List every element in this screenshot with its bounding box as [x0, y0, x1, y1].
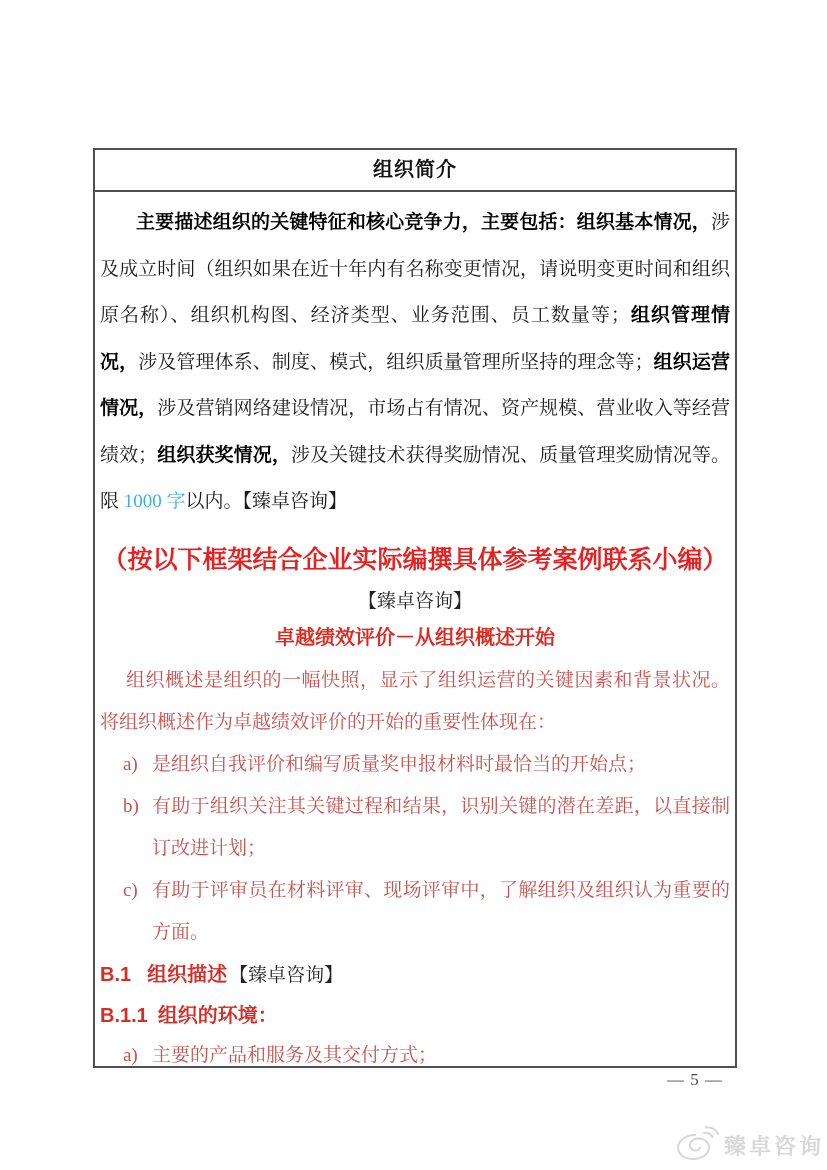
list-item: a) 是组织自我评价和编写质量奖申报材料时最恰当的开始点；	[100, 744, 730, 786]
watermark: 臻卓咨询	[674, 1123, 824, 1168]
watermark-text: 臻卓咨询	[724, 1130, 824, 1161]
brand-tag: 【臻卓咨询】	[100, 589, 730, 615]
list-item-text: 有助于评审员在材料评审、现场评审中，了解组织及组织认为重要的方面。	[152, 880, 730, 943]
list-marker: c)	[123, 870, 138, 912]
list-item: c) 有助于评审员在材料评审、现场评审中，了解组织及组织认为重要的方面。	[100, 870, 730, 954]
list-item-text: 主要的产品和服务及其交付方式；	[152, 1045, 437, 1066]
list-item-text: 是组织自我评价和编写质量奖申报材料时最恰当的开始点；	[152, 754, 646, 775]
list-marker: a)	[123, 1035, 138, 1069]
intro-segment: 涉及关键技术获得奖励情况、质量管理奖励情况等。	[291, 445, 730, 466]
intro-paragraph: 主要描述组织的关键特征和核心竞争力，主要包括：组织基本情况，涉及成立时间（组织如…	[100, 200, 730, 526]
list-marker: b)	[123, 786, 139, 828]
section-number: B.1	[100, 964, 131, 986]
list-item: b) 有助于组织关注其关键过程和结果，识别关键的潜在差距，以直接制订改进计划；	[100, 786, 730, 870]
box-title: 组织简介	[95, 150, 735, 192]
intro-segment: 涉及管理体系、制度、模式，组织质量管理所坚持的理念等；	[138, 352, 653, 373]
section-title: 组织的环境：	[158, 1005, 278, 1027]
intro-segment: 以内。【臻卓咨询】	[186, 491, 348, 512]
section-number: B.1.1	[100, 1005, 148, 1027]
word-limit-value: 1000 字	[124, 491, 186, 512]
page-number: — 5 —	[649, 1070, 741, 1090]
list-item: a) 主要的产品和服务及其交付方式；	[100, 1035, 730, 1069]
section-b1-heading: B.1组织描述【臻卓咨询】	[100, 954, 730, 997]
list-item-text: 有助于组织关注其关键过程和结果，识别关键的潜在差距，以直接制订改进计划；	[152, 796, 730, 859]
organization-intro-box: 组织简介 主要描述组织的关键特征和核心竞争力，主要包括：组织基本情况，涉及成立时…	[93, 148, 737, 1068]
notice-heading: （按以下框架结合企业实际编撰具体参考案例联系小编）	[100, 544, 730, 577]
section-brand-suffix: 【臻卓咨询】	[229, 965, 343, 986]
intro-segment-bold: 组织获奖情况，	[157, 445, 291, 466]
red-subheading: 卓越绩效评价－从组织概述开始	[100, 625, 730, 652]
section-b11-heading: B.1.1组织的环境：	[100, 997, 730, 1035]
overview-list: a) 是组织自我评价和编写质量奖申报材料时最恰当的开始点； b) 有助于组织关注…	[100, 744, 730, 954]
b11-list: a) 主要的产品和服务及其交付方式； b) 组织文化特色，组织的使命、愿景和价值…	[100, 1035, 730, 1069]
box-content: 主要描述组织的关键特征和核心竞争力，主要包括：组织基本情况，涉及成立时间（组织如…	[95, 200, 735, 1068]
list-marker: a)	[123, 744, 138, 786]
overview-paragraph: 组织概述是组织的一幅快照，显示了组织运营的关键因素和背景状况。将组织概述作为卓越…	[100, 660, 730, 744]
document-page: 组织简介 主要描述组织的关键特征和核心竞争力，主要包括：组织基本情况，涉及成立时…	[0, 0, 827, 1170]
intro-segment-bold: 主要描述组织的关键特征和核心竞争力，主要包括：组织基本情况，	[136, 212, 711, 233]
section-title: 组织描述	[147, 964, 227, 986]
weibo-logo-icon	[674, 1123, 720, 1168]
intro-segment: 限	[100, 491, 124, 512]
